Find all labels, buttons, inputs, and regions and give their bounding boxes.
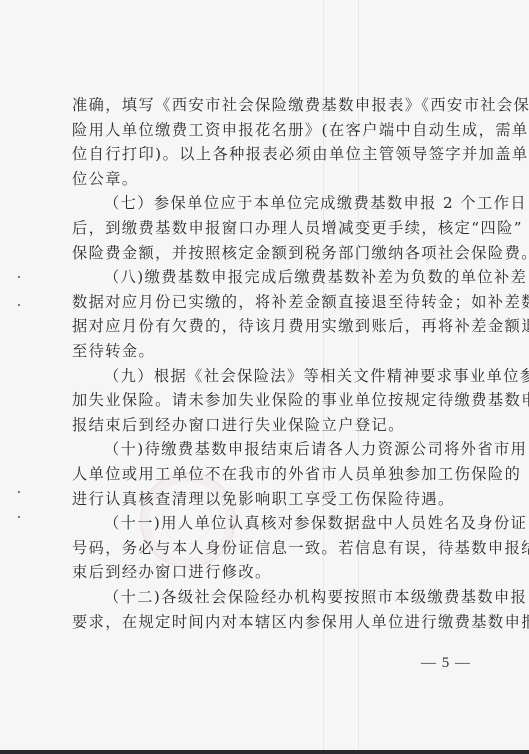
text-line: 束后到经办窗口进行修改。 [72,563,272,581]
text-line: 数据对应月份已实缴的，将补差金额直接退至待转金；如补差数 [72,293,474,311]
page-number: — 5 — [421,655,471,672]
text-line: 位公章。 [72,170,139,188]
paragraph-12-start: （十二)各级社会保险经办机构要按照市本级缴费基数申报 [104,588,474,606]
text-line: 位自行打印)。以上各种报表必须由单位主管领导签字并加盖单 [72,145,474,163]
margin-mark [18,516,20,518]
margin-mark [18,276,20,278]
text-line: 后，到缴费基数申报窗口办理人员增减变更手续，核定“四险” [72,219,474,237]
text-line: 险用人单位缴费工资申报花名册》(在客户端中自动生成，需单 [72,121,474,139]
text-line: 人单位或用工单位不在我市的外省市人员单独参加工伤保险的 [72,465,474,483]
text-line: 进行认真核查清理以免影响职工享受工伤保险待遇。 [72,490,455,508]
document-page: 准确，填写《西安市社会保险缴费基数申报表》《西安市社会保 险用人单位缴费工资申报… [0,0,529,750]
margin-mark [18,491,20,493]
paragraph-8-start: （八)缴费基数申报完成后缴费基数补差为负数的单位补差 [104,268,474,286]
bottom-bar [0,750,529,754]
paragraph-10-start: （十)待缴费基数申报结束后请各人力资源公司将外省市用 [104,440,474,458]
text-line: 准确，填写《西安市社会保险缴费基数申报表》《西安市社会保 [72,96,474,114]
paragraph-9-start: （九）根据《社会保险法》等相关文件精神要求事业单位参 [104,367,474,385]
paragraph-11-start: （十一)用人单位认真核对参保数据盘中人员姓名及身份证 [104,514,474,532]
paragraph-7-start: （七）参保单位应于本单位完成缴费基数申报 2 个工作日 [104,194,474,212]
text-line: 报结束后到经办窗口进行失业保险立户登记。 [72,416,405,434]
text-line: 号码，务必与本人身份证信息一致。若信息有误，待基数申报结 [72,539,474,557]
text-line: 加失业保险。请未参加失业保险的事业单位按规定待缴费基数申 [72,391,474,409]
text-line: 据对应月份有欠费的，待该月费用实缴到账后，再将补差金额退 [72,317,474,335]
text-line: 保险费金额，并按照核定金额到税务部门缴纳各项社会保险费。 [72,244,474,262]
text-line: 至待转金。 [72,342,155,360]
margin-mark [18,304,20,306]
text-line: 要求，在规定时间内对本辖区内参保用人单位进行缴费基数申报 [72,613,474,631]
